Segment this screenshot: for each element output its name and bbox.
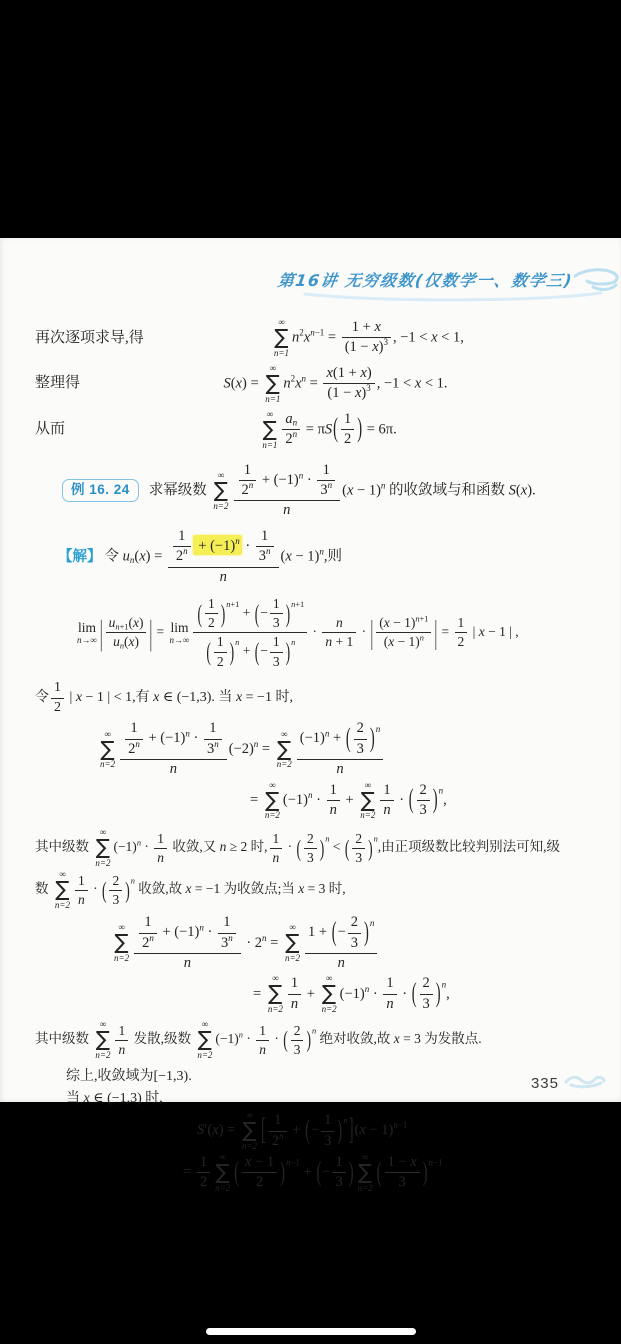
formula-x-minus1-series: ∞∑n=212n + (−1)n · 13nn(−2)n = ∞∑n=2(−1)…	[97, 741, 385, 757]
when-x-line: 当 x ∈ (−1,3) 时,	[66, 1090, 621, 1108]
line-label: 整理得	[35, 374, 80, 393]
x-minus1-display-2: = ∞∑n=2(−1)n · 1n + ∞∑n=21n · (23)n,	[250, 781, 621, 821]
example-line: 例 16. 24 求幂级数 ∞∑n=212n + (−1)n · 13nn(x …	[62, 462, 621, 520]
formula-sum-function: S(x) = ∞∑n=1n2xn = x(1 + x)(1 − x)3, −1 …	[80, 364, 591, 404]
home-indicator[interactable]	[206, 1328, 416, 1335]
phone-screenshot: 第16讲 无穷级数(仅数学一、数学三) 再次逐项求导,得 ∞∑n=1n2xn−1…	[0, 0, 621, 1344]
limit-ratio-line: limn→∞|un+1(x)un(x)| = limn→∞(12)n+1 + (…	[75, 596, 621, 670]
formula-derivative-series: ∞∑n=1n2xn−1 = 1 + x(1 − x)3, −1 < x < 1,	[144, 318, 591, 358]
x-minus1-display-1: ∞∑n=212n + (−1)n · 13nn(−2)n = ∞∑n=2(−1)…	[97, 720, 621, 778]
convergence-paragraph-1: 其中级数 ∞∑n=2(−1)n · 1n 收敛,又 n ≥ 2 时,1n · (…	[35, 828, 621, 868]
page-content: 第16讲 无穷级数(仅数学一、数学三) 再次逐项求导,得 ∞∑n=1n2xn−1…	[0, 238, 621, 1193]
formula-s-prime: S′(x) = ∞∑n=2[12n + (−13)n](x − 1)n−1	[197, 1122, 407, 1138]
textbook-page: 第16讲 无穷级数(仅数学一、数学三) 再次逐项求导,得 ∞∑n=1n2xn−1…	[0, 238, 621, 1102]
formula-limit-ratio: limn→∞|un+1(x)un(x)| = limn→∞(12)n+1 + (…	[75, 624, 519, 639]
page-header: 第16讲 无穷级数(仅数学一、数学三)	[35, 264, 621, 304]
derivation-line-2: 整理得 S(x) = ∞∑n=1n2xn = x(1 + x)(1 − x)3,…	[35, 364, 621, 404]
formula-convergence-point: 数 ∞∑n=21n · (23)n 收敛,故 x = −1 为收敛点;当 x =…	[35, 881, 346, 896]
header-swoosh-icon	[573, 266, 619, 299]
formula-x-equals3-split: = ∞∑n=21n + ∞∑n=2(−1)n · 1n · (23)n,	[253, 986, 450, 1002]
derivation-line-1: 再次逐项求导,得 ∞∑n=1n2xn−1 = 1 + x(1 − x)3, −1…	[35, 318, 621, 358]
formula-x-minus1-split: = ∞∑n=2(−1)n · 1n + ∞∑n=21n · (23)n,	[250, 792, 447, 808]
interval-line: 令12 | x − 1 | < 1,有 x ∈ (−1,3). 当 x = −1…	[35, 680, 621, 717]
line-label: 再次逐项求导,得	[35, 329, 144, 348]
convergence-paragraph-2: 数 ∞∑n=21n · (23)n 收敛,故 x = −1 为收敛点;当 x =…	[35, 870, 621, 910]
formula-convergence-domain: 综上,收敛域为[−1,3).	[66, 1069, 192, 1084]
formula-when-x: 当 x ∈ (−1,3) 时,	[66, 1091, 163, 1106]
s-prime-display-2: = 12∞∑n=2(x − 12)n−1 + (−13)∞∑n=2(1 − x3…	[183, 1153, 621, 1193]
derivation-line-3: 从而 ∞∑n=1an2n = πS(12) = 6π.	[35, 410, 621, 450]
x-equals3-display-1: ∞∑n=212n + (−1)n · 13nn · 2n = ∞∑n=21 + …	[111, 914, 621, 972]
formula-comparison-test: 其中级数 ∞∑n=2(−1)n · 1n 收敛,又 n ≥ 2 时,1n · (…	[35, 839, 560, 854]
formula-divergence-point: 其中级数 ∞∑n=21n 发散,级数 ∞∑n=2(−1)n · 1n · (23…	[35, 1031, 482, 1046]
chapter-title: 第16讲 无穷级数(仅数学一、数学三)	[276, 268, 574, 291]
solution-line: 【解】 令 un(x) = 12n + (−1)n · 13nn(x − 1)n…	[58, 528, 621, 586]
s-prime-display-1: S′(x) = ∞∑n=2[12n + (−13)n](x − 1)n−1	[197, 1111, 621, 1151]
formula-s-prime-split: = 12∞∑n=2(x − 12)n−1 + (−13)∞∑n=2(1 − x3…	[183, 1164, 443, 1180]
formula-interval: 令12 | x − 1 | < 1,有 x ∈ (−1,3). 当 x = −1…	[35, 690, 293, 705]
formula-example-statement: 求幂级数 ∞∑n=212n + (−1)n · 13nn(x − 1)n 的收敛…	[149, 462, 536, 520]
formula-result-6pi: ∞∑n=1an2n = πS(12) = 6π.	[65, 410, 591, 450]
footer-page-number: 335	[531, 1075, 559, 1092]
formula-un-definition: 令 un(x) = 12n + (−1)n · 13nn(x − 1)n,则	[105, 528, 342, 586]
line-label: 从而	[35, 420, 65, 439]
formula-x-equals3-series: ∞∑n=212n + (−1)n · 13nn · 2n = ∞∑n=21 + …	[111, 935, 379, 951]
footer-scribble-icon	[563, 1070, 607, 1095]
solution-label: 【解】	[58, 548, 102, 566]
divergence-paragraph: 其中级数 ∞∑n=21n 发散,级数 ∞∑n=2(−1)n · 1n · (23…	[35, 1020, 621, 1060]
header-underline-decoration	[303, 290, 603, 308]
example-badge: 例 16. 24	[62, 479, 139, 502]
x-equals3-display-2: = ∞∑n=21n + ∞∑n=2(−1)n · 1n · (23)n,	[253, 974, 621, 1014]
